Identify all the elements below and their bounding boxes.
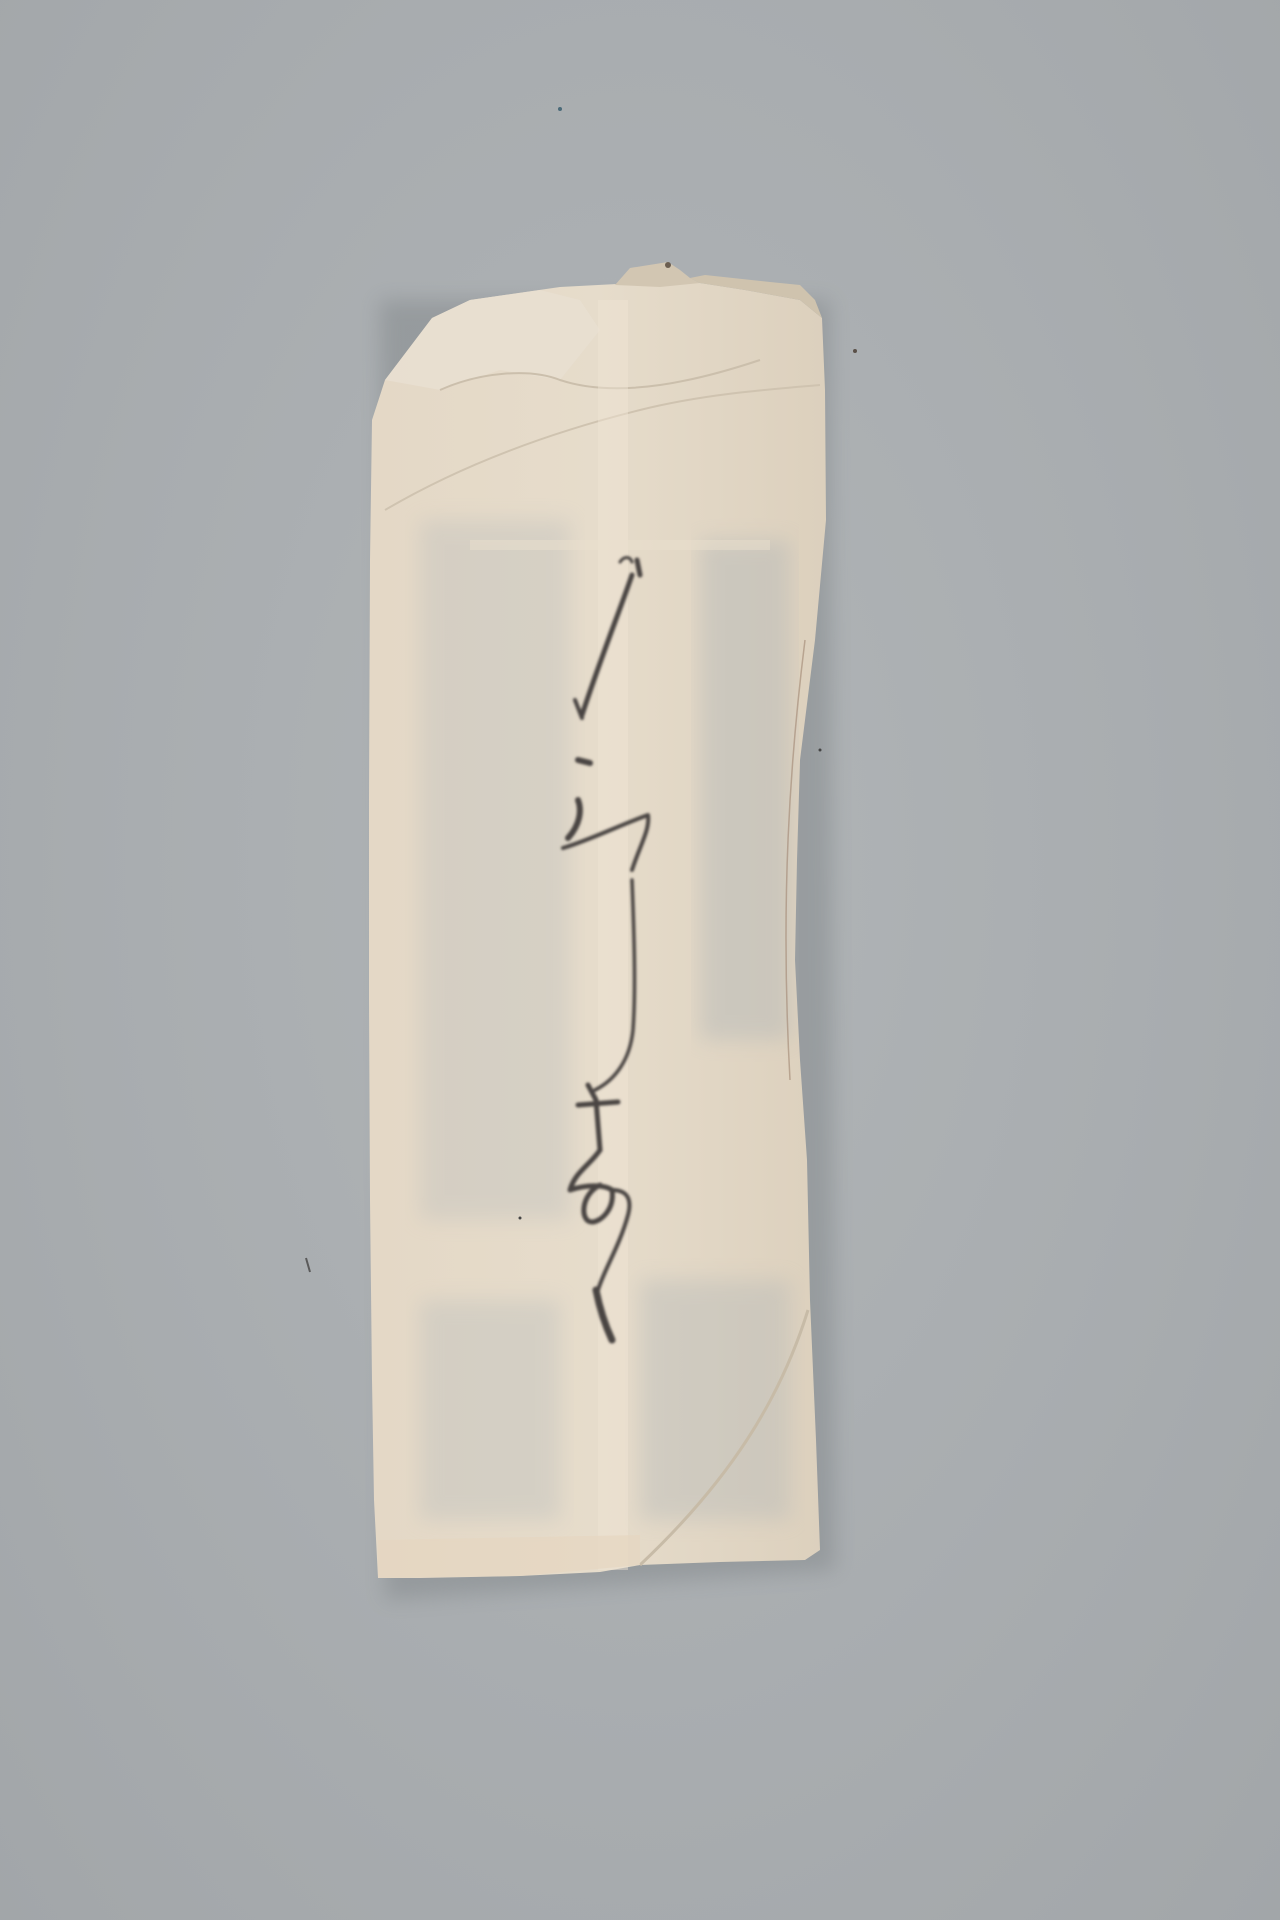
paper-overlap-band (598, 300, 628, 1570)
speck (519, 1217, 522, 1220)
torn-fragment (615, 262, 700, 287)
show-through-print (700, 540, 790, 1040)
show-through-print (420, 520, 570, 1220)
paper-envelope-photo (0, 0, 1280, 1920)
speck (306, 1258, 310, 1272)
paper-fold-edge (470, 540, 770, 550)
torn-fragment-dot (665, 262, 671, 268)
speck (853, 349, 857, 353)
photo-stage: かにくしきもし (0, 0, 1280, 1920)
speck (558, 107, 562, 111)
show-through-print (420, 1300, 560, 1520)
speck (819, 749, 822, 752)
